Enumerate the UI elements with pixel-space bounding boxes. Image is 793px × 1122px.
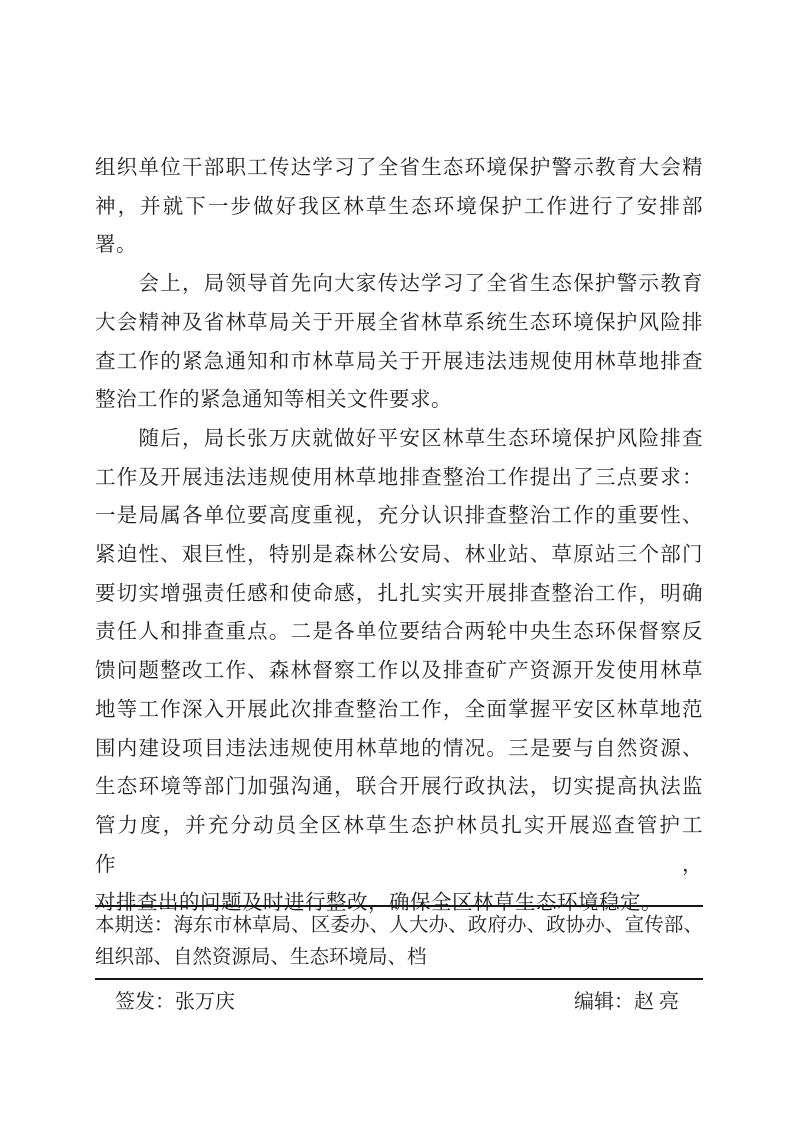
distribution-list: 本期送：海东市林草局、区委办、人大办、政府办、政协办、宣传部、 组织部、自然资源…	[95, 907, 703, 978]
body-line: 地等工作深入开展此次排查整治工作，全面掌握平安区林草地范	[95, 691, 703, 730]
issuer-label: 签发：	[115, 991, 175, 1013]
body-line: 神，并就下一步做好我区林草生态环境保护工作进行了安排部署。	[95, 188, 703, 265]
body-line: 会上，局领导首先向大家传达学习了全省生态保护警示教育	[95, 265, 703, 304]
body-line: 工作及开展违法违规使用林草地排查整治工作提出了三点要求：	[95, 459, 703, 498]
body-line: 查工作的紧急通知和市林草局关于开展违法违规使用林草地排查	[95, 343, 703, 382]
footer-divider-bottom	[95, 978, 703, 980]
editor-label: 编辑：	[574, 991, 634, 1013]
body-line: 围内建设项目违法违规使用林草地的情况。三是要与自然资源、	[95, 730, 703, 769]
body-line: 随后，局长张万庆就做好平安区林草生态环境保护风险排查	[95, 420, 703, 459]
body-line: 管力度，并充分动员全区林草生态护林员扎实开展巡查管护工作，	[95, 807, 703, 884]
body-line: 紧迫性、艰巨性，特别是森林公安局、林业站、草原站三个部门	[95, 536, 703, 575]
document-page: 组织单位干部职工传达学习了全省生态环境保护警示教育大会精神，并就下一步做好我区林…	[0, 0, 793, 1122]
distribution-line-1: 本期送：海东市林草局、区委办、人大办、政府办、政协办、宣传部、	[95, 910, 703, 942]
editor-field: 编辑：赵 亮	[574, 986, 679, 1018]
body-line: 大会精神及省林草局关于开展全省林草系统生态环境保护风险排	[95, 304, 703, 343]
issuer-name: 张万庆	[175, 991, 235, 1013]
body-line: 生态环境等部门加强沟通，联合开展行政执法，切实提高执法监	[95, 768, 703, 807]
body-line: 责任人和排查重点。二是各单位要结合两轮中央生态环保督察反	[95, 613, 703, 652]
document-footer: 本期送：海东市林草局、区委办、人大办、政府办、政协办、宣传部、 组织部、自然资源…	[95, 905, 703, 1018]
signature-row: 签发：张万庆 编辑：赵 亮	[95, 986, 703, 1018]
issuer-field: 签发：张万庆	[115, 986, 235, 1018]
document-body: 组织单位干部职工传达学习了全省生态环境保护警示教育大会精神，并就下一步做好我区林…	[95, 149, 703, 923]
body-line: 整治工作的紧急通知等相关文件要求。	[95, 381, 703, 420]
body-line: 一是局属各单位要高度重视，充分认识排查整治工作的重要性、	[95, 497, 703, 536]
editor-name: 赵 亮	[634, 991, 679, 1013]
body-line: 要切实增强责任感和使命感，扎扎实实开展排查整治工作，明确	[95, 575, 703, 614]
body-line: 馈问题整改工作、森林督察工作以及排查矿产资源开发使用林草	[95, 652, 703, 691]
body-line: 组织单位干部职工传达学习了全省生态环境保护警示教育大会精	[95, 149, 703, 188]
distribution-line-2: 组织部、自然资源局、生态环境局、档	[95, 942, 703, 974]
